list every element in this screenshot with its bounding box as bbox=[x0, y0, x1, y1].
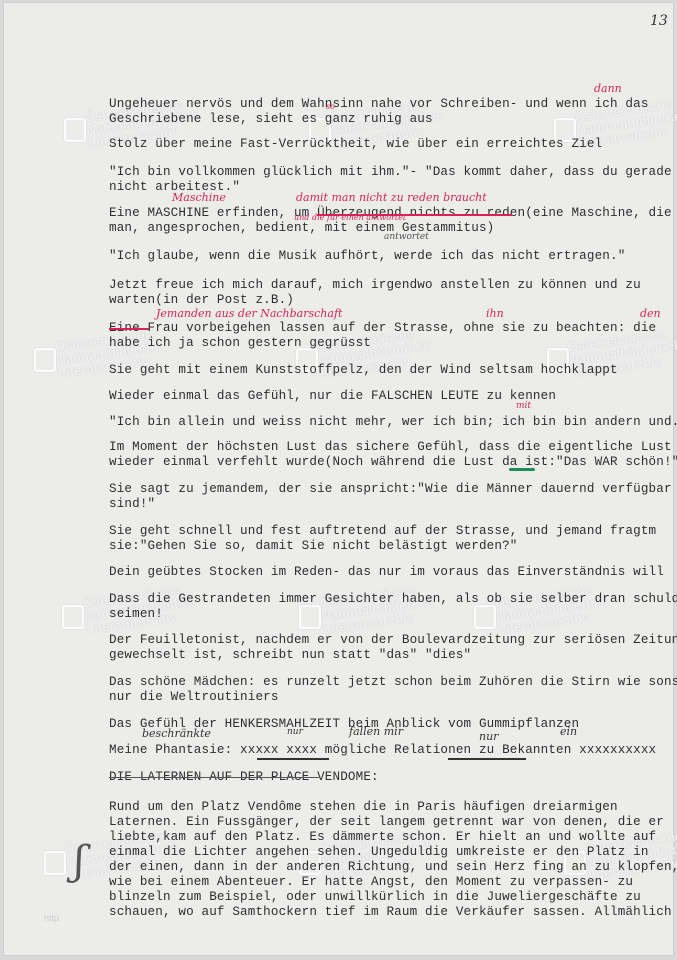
typed-line: nur die Weltroutiniers bbox=[109, 690, 279, 704]
annotation: den bbox=[640, 307, 661, 320]
annotation: Maschine bbox=[172, 191, 226, 204]
typed-line: sind!" bbox=[109, 497, 155, 511]
page-number: 13 bbox=[650, 13, 668, 29]
emphasis-underline bbox=[448, 758, 526, 760]
typed-line: Der Feuilletonist, nachdem er von der Bo… bbox=[109, 633, 677, 647]
emphasis-underline bbox=[257, 758, 329, 760]
annotation: so bbox=[326, 102, 335, 111]
typed-line: "Ich glaube, wenn die Musik aufhört, wer… bbox=[109, 249, 625, 263]
watermark-icon bbox=[34, 348, 56, 372]
watermark: ÖsterreichischeNationalbibliothekLiterat… bbox=[494, 581, 611, 635]
typed-line: schauen, wo auf Samthockern tief im Raum… bbox=[109, 905, 672, 919]
typed-line: Sie geht schnell und fest auftretend auf… bbox=[109, 524, 656, 538]
typed-line: Sie sagt zu jemandem, der sie anspricht:… bbox=[109, 482, 672, 496]
strike-through bbox=[317, 214, 512, 216]
typed-line: liebte,kam auf den Platz. Es dämmerte sc… bbox=[109, 830, 656, 844]
watermark-icon bbox=[299, 605, 321, 629]
annotation: antwortet bbox=[384, 232, 429, 242]
typed-line: seimen! bbox=[109, 607, 163, 621]
emphasis-underline bbox=[509, 468, 535, 471]
typed-line: Im Moment der höchsten Lust das sichere … bbox=[109, 440, 672, 454]
strike-through bbox=[109, 328, 149, 330]
margin-pencil-mark: ʃ bbox=[74, 838, 85, 884]
typed-line: Geschriebene lese, sieht es ganz ruhig a… bbox=[109, 112, 433, 126]
annotation: nur bbox=[479, 730, 498, 743]
typed-line: Meine Phantasie: xxxxx xxxx mögliche Rel… bbox=[109, 743, 656, 757]
typed-line: Rund um den Platz Vendôme stehen die in … bbox=[109, 800, 618, 814]
typed-line: gewechselt ist, schreibt nun statt "das"… bbox=[109, 648, 471, 662]
typed-line: Laternen. Ein Fussgänger, der seit lange… bbox=[109, 815, 664, 829]
typed-line: wie bei einem Abenteuer. Er hatte Angst,… bbox=[109, 875, 633, 889]
typed-line: Stolz über meine Fast-Verrücktheit, wie … bbox=[109, 137, 602, 151]
watermark-icon bbox=[62, 605, 84, 629]
annotation: nur bbox=[287, 727, 303, 737]
annotation: beschränkte bbox=[142, 727, 211, 740]
typed-line: Ungeheuer nervös und dem Wahnsinn nahe v… bbox=[109, 97, 649, 111]
typed-line: habe ich ja schon gestern gegrüsst bbox=[109, 336, 371, 350]
typed-line: man, angesprochen, bedient, mit einem Ge… bbox=[109, 221, 494, 235]
watermark: ÖsterreichischeNationalbibliothekLiterat… bbox=[319, 581, 436, 635]
annotation: ein bbox=[560, 725, 577, 738]
strike-through bbox=[109, 777, 319, 778]
manuscript-page: 13 ÖsterreichischeNationalbibliothekLite… bbox=[3, 2, 674, 956]
annotation: mit bbox=[516, 401, 531, 411]
typed-line: warten(in der Post z.B.) bbox=[109, 293, 294, 307]
annotation: dann bbox=[594, 82, 622, 95]
typed-line: Dein geübtes Stocken im Reden- das nur i… bbox=[109, 565, 664, 579]
typed-line: Wieder einmal das Gefühl, nur die FALSCH… bbox=[109, 389, 556, 403]
typed-line: Eine Frau vorbeigehen lassen auf der Str… bbox=[109, 321, 656, 335]
typed-line: Dass die Gestrandeten immer Gesichter ha… bbox=[109, 592, 677, 606]
typed-line: Sie geht mit einem Kunststoffpelz, den d… bbox=[109, 363, 618, 377]
typed-line: der einen, dann in der anderen Richtung,… bbox=[109, 860, 677, 874]
typed-line: Jetzt freue ich mich darauf, mich irgend… bbox=[109, 278, 641, 292]
watermark-icon bbox=[64, 118, 86, 142]
typed-line: wieder einmal verfehlt wurde(Noch währen… bbox=[109, 455, 677, 469]
watermark-icon bbox=[474, 605, 496, 629]
typed-line: einmal die Lichter angehen sehen. Ungedu… bbox=[109, 845, 649, 859]
footer-text: http bbox=[44, 913, 59, 923]
typed-line: "Ich bin vollkommen glücklich mit ihm."-… bbox=[109, 165, 672, 179]
annotation: ihn bbox=[486, 307, 504, 320]
annotation: Jemanden aus der Nachbarschaft bbox=[156, 307, 342, 320]
typed-line: "Ich bin allein und weiss nicht mehr, we… bbox=[109, 415, 677, 429]
typed-line: Das schöne Mädchen: es runzelt jetzt sch… bbox=[109, 675, 677, 689]
annotation: damit man nicht zu reden braucht bbox=[296, 191, 487, 204]
typed-line: blinzeln zum Beispiel, oder unwillkürlic… bbox=[109, 890, 641, 904]
typed-line: sie:"Gehen Sie so, damit Sie nicht beläs… bbox=[109, 539, 518, 553]
watermark-icon bbox=[44, 851, 66, 875]
annotation: fallen mir bbox=[349, 725, 403, 738]
